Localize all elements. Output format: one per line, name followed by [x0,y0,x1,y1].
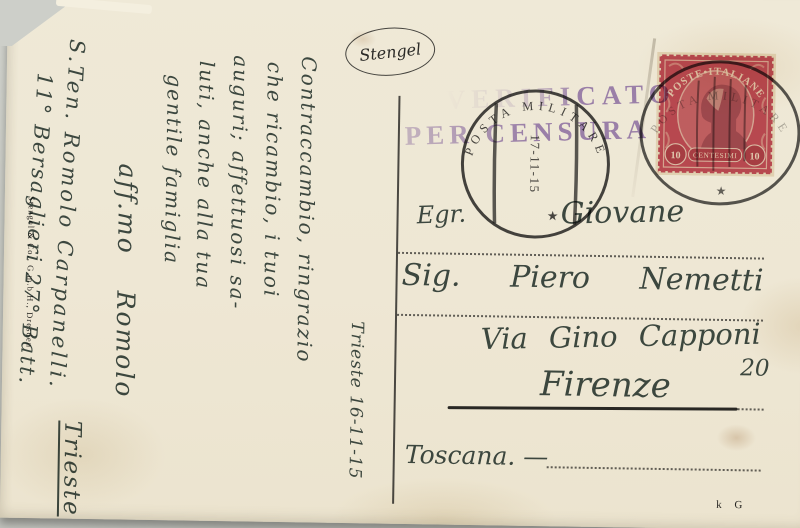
message-line: gentile famiglia [160,74,187,265]
postmark-star: ★ [716,184,727,198]
message-line: luti, anche alla tua [191,61,219,291]
address-salutation-prefix: Egr. [416,200,466,230]
postcard-back: Stengel & Co., G.m.b.H., Dresden Stengel… [0,0,800,528]
message-line: Contraccambio, ringrazio [292,56,321,363]
printer-corner-mark: k G [716,499,747,511]
message-signature: aff.mo Romolo [110,163,143,398]
address-salutation-name: Giovane [560,194,684,231]
address-name: Sig. Piero Nemetti [401,258,763,299]
address-region: Toscana. — [405,440,549,471]
sender-city: Trieste [58,421,86,517]
message-line: che ricambio, i tuoi [259,62,287,299]
publisher-oval-logo: Stengel [344,25,437,79]
postmark-star: ★ [547,208,559,223]
address-city: Firenze [540,364,671,406]
city-underline [448,406,738,411]
scanned-postcard-photo: Stengel & Co., G.m.b.H., Dresden Stengel… [0,0,800,528]
message-line: auguri; affettuosi sa- [225,55,253,310]
publisher-oval-label: Stengel [358,39,422,64]
postmark-date: 17-11-15 [527,134,543,193]
address-street: Via Gino Capponi [480,317,761,356]
center-divider-line [392,96,400,504]
address-house-number: 20 [740,355,770,381]
message-date-line: Trieste 16-11-15 [344,321,366,480]
